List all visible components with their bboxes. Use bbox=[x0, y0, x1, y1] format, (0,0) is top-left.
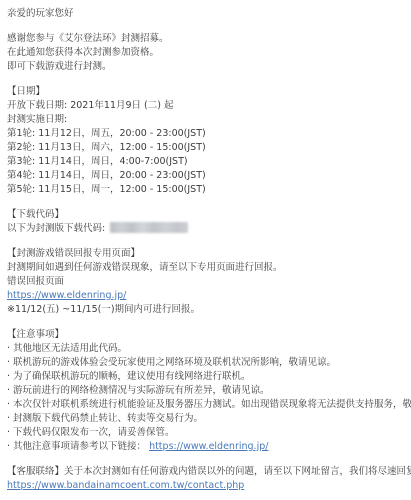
note-item-8-link[interactable]: https://www.eldenring.jp/ bbox=[149, 441, 268, 452]
download-code-redacted-block bbox=[110, 222, 188, 233]
contact-text: 【客服联络】关于本次封测如有任何游戏内错误以外的问题，请至以下网址留言，我们将尽… bbox=[7, 465, 403, 479]
note-item-4: · 游玩前进行的网络检测情况与实际游玩有所差异，敬请见谅。 bbox=[7, 384, 403, 398]
section-contact: 【客服联络】关于本次封测如有任何游戏内错误以外的问题，请至以下网址留言，我们将尽… bbox=[7, 465, 403, 493]
greeting-line: 亲爱的玩家您好 bbox=[7, 7, 403, 21]
notes-heading: 【注意事项】 bbox=[7, 328, 403, 342]
note-item-7: · 下载代码仅限发布一次，请妥善保管。 bbox=[7, 426, 403, 440]
schedule-label: 封测实施日期: bbox=[7, 113, 403, 127]
note-item-8: · 其他注意事项请参考以下链接： https://www.eldenring.j… bbox=[7, 440, 403, 454]
intro-line-1: 感谢您参与《艾尔登法环》封测招募。 bbox=[7, 32, 403, 46]
note-item-2: · 联机游玩的游戏体验会受玩家使用之网络环境及联机状况所影响，敬请见谅。 bbox=[7, 356, 403, 370]
round-5: 第5轮: 11月15日，周一，12:00 - 15:00(JST) bbox=[7, 183, 403, 197]
download-code-label: 以下为封测版下载代码: bbox=[7, 223, 105, 234]
round-1: 第1轮: 11月12日，周五，20:00 - 23:00(JST) bbox=[7, 127, 403, 141]
contact-link[interactable]: https://www.bandainamcoent.com.tw/contac… bbox=[7, 480, 244, 491]
section-notes: 【注意事项】 · 其他地区无法适用此代码。 · 联机游玩的游戏体验会受玩家使用之… bbox=[7, 328, 403, 454]
download-code-heading: 【下载代码】 bbox=[7, 208, 403, 222]
round-2: 第2轮: 11月13日，周六，12:00 - 15:00(JST) bbox=[7, 141, 403, 155]
contact-link-line: https://www.bandainamcoent.com.tw/contac… bbox=[7, 479, 403, 493]
section-error-report: 【封测游戏错误回报专用页面】 封测期间如遇到任何游戏错误现象，请至以下专用页面进… bbox=[7, 247, 403, 317]
round-4: 第4轮: 11月14日，周日，20:00 - 23:00(JST) bbox=[7, 169, 403, 183]
intro-line-3: 即可下载游戏进行封测。 bbox=[7, 60, 403, 74]
section-dates: 【日期】 开放下载日期: 2021年11月9日 (二) 起 封测实施日期: 第1… bbox=[7, 85, 403, 197]
section-download-code: 【下载代码】 以下为封测版下载代码: bbox=[7, 208, 403, 236]
download-open-date: 开放下载日期: 2021年11月9日 (二) 起 bbox=[7, 99, 403, 113]
note-item-8-text: · 其他注意事项请参考以下链接： bbox=[7, 441, 149, 452]
error-report-link-line: https://www.eldenring.jp/ bbox=[7, 289, 403, 303]
note-item-1: · 其他地区无法适用此代码。 bbox=[7, 342, 403, 356]
intro-line-2: 在此通知您获得本次封测参加资格。 bbox=[7, 46, 403, 60]
intro-paragraph: 感谢您参与《艾尔登法环》封测招募。 在此通知您获得本次封测参加资格。 即可下载游… bbox=[7, 32, 403, 74]
error-report-link[interactable]: https://www.eldenring.jp/ bbox=[7, 290, 126, 301]
error-report-line-2: 错误回报页面 bbox=[7, 275, 403, 289]
note-item-6: · 封测版下载代码禁止转让、转卖等交易行为。 bbox=[7, 412, 403, 426]
note-item-3: · 为了确保联机游玩的顺畅，建议使用有线网络进行联机。 bbox=[7, 370, 403, 384]
error-report-line-1: 封测期间如遇到任何游戏错误现象，请至以下专用页面进行回报。 bbox=[7, 261, 403, 275]
error-report-period-note: ※11/12(五) ~11/15(一)期间内可进行回报。 bbox=[7, 303, 403, 317]
note-item-5: · 本次仅针对联机系统进行机能验证及服务器压力测试。如出现错误现象将无法提供支持… bbox=[7, 398, 403, 412]
download-code-line: 以下为封测版下载代码: bbox=[7, 222, 403, 236]
dates-heading: 【日期】 bbox=[7, 85, 403, 99]
error-report-heading: 【封测游戏错误回报专用页面】 bbox=[7, 247, 403, 261]
round-3: 第3轮: 11月14日，周日，4:00-7:00(JST) bbox=[7, 155, 403, 169]
email-body: 亲爱的玩家您好 感谢您参与《艾尔登法环》封测招募。 在此通知您获得本次封测参加资… bbox=[0, 0, 411, 493]
